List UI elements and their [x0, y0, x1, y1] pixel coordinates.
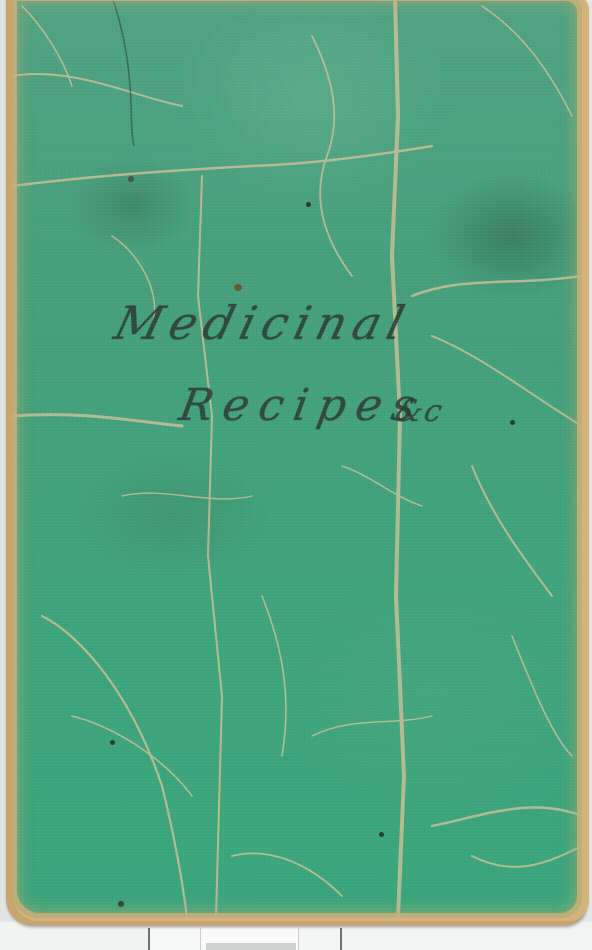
handwritten-title: Medicinal Recipes &c — [12, 0, 582, 918]
title-line-etc: &c — [392, 394, 447, 429]
ink-spot — [510, 420, 515, 425]
notebook-cover: Medicinal Recipes &c — [12, 0, 582, 918]
ink-spot — [306, 202, 311, 207]
title-line-recipes: Recipes — [176, 380, 430, 431]
title-line-medicinal: Medicinal — [109, 296, 416, 350]
cover-edge-wear — [12, 0, 582, 918]
ink-spot — [128, 176, 134, 182]
ink-spot — [234, 284, 242, 291]
cover-crease-texture — [12, 0, 582, 918]
scanner-target-patch — [148, 928, 202, 950]
scanner-target-patch — [340, 928, 592, 950]
crease-lines — [12, 0, 582, 918]
gray-chip — [206, 943, 296, 950]
ink-spot — [110, 740, 115, 745]
ink-spot — [379, 832, 384, 837]
scanner-target-patch — [298, 928, 341, 950]
ink-spot — [118, 901, 124, 907]
